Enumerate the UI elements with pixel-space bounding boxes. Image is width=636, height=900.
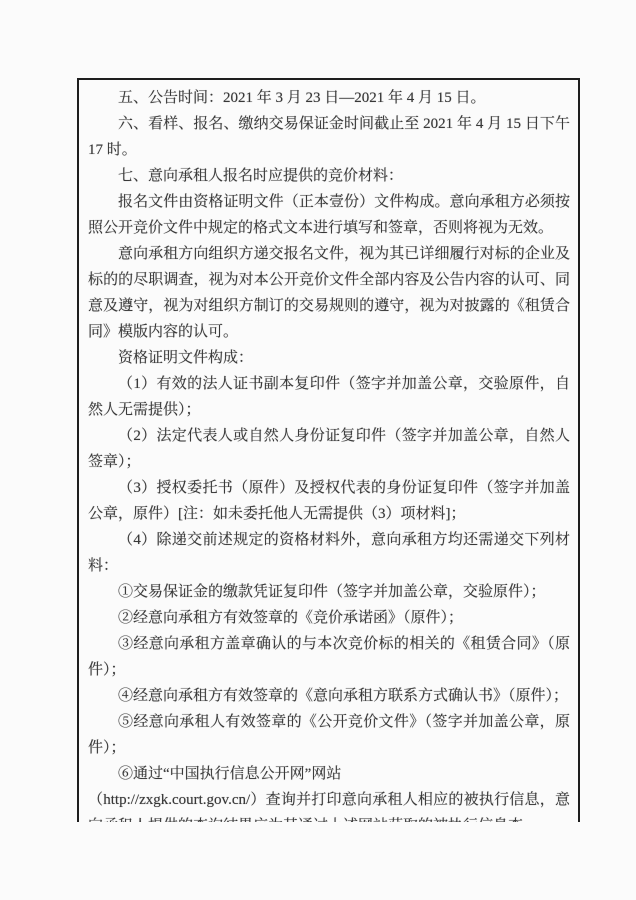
- paragraph: 报名文件由资格证明文件（正本壹份）文件构成。意向承租方必须按照公开竞价文件中规定…: [88, 189, 570, 241]
- document-body: 五、公告时间：2021 年 3 月 23 日—2021 年 4 月 15 日。六…: [79, 80, 578, 822]
- paragraph: 五、公告时间：2021 年 3 月 23 日—2021 年 4 月 15 日。: [88, 85, 570, 111]
- paragraph: （1）有效的法人证书副本复印件（签字并加盖公章，交验原件，自然人无需提供）；: [88, 371, 570, 423]
- paragraph: ⑤经意向承租人有效签章的《公开竞价文件》（签字并加盖公章，原件）；: [88, 709, 570, 761]
- paragraph: ⑥通过“中国执行信息公开网”网站: [88, 761, 570, 787]
- paragraph: 意向承租方向组织方递交报名文件，视为其已详细履行对标的企业及标的的尽职调查，视为…: [88, 241, 570, 345]
- paragraph: ②经意向承租方有效签章的《竞价承诺函》（原件）；: [88, 605, 570, 631]
- paragraph: ④经意向承租方有效签章的《意向承租方联系方式确认书》（原件）；: [88, 683, 570, 709]
- paragraph: （3）授权委托书（原件）及授权代表的身份证复印件（签字并加盖公章，原件）[注：如…: [88, 475, 570, 527]
- paragraph: 七、意向承租人报名时应提供的竞价材料：: [88, 163, 570, 189]
- document-sheet: 五、公告时间：2021 年 3 月 23 日—2021 年 4 月 15 日。六…: [77, 78, 580, 822]
- paragraph: 资格证明文件构成：: [88, 345, 570, 371]
- paragraph: （4）除递交前述规定的资格材料外，意向承租方均还需递交下列材料：: [88, 527, 570, 579]
- paragraph: 六、看样、报名、缴纳交易保证金时间截止至 2021 年 4 月 15 日下午 1…: [88, 111, 570, 163]
- paragraph: （http://zxgk.court.gov.cn/）查询并打印意向承租人相应的…: [88, 787, 570, 822]
- scanned-document-page: { "page": { "background_color": "#fbfbfb…: [0, 0, 636, 900]
- paragraph: ③经意向承租方盖章确认的与本次竞价标的相关的《租赁合同》（原件）；: [88, 631, 570, 683]
- paragraph: ①交易保证金的缴款凭证复印件（签字并加盖公章，交验原件）；: [88, 579, 570, 605]
- paragraph: （2）法定代表人或自然人身份证复印件（签字并加盖公章，自然人签章）；: [88, 423, 570, 475]
